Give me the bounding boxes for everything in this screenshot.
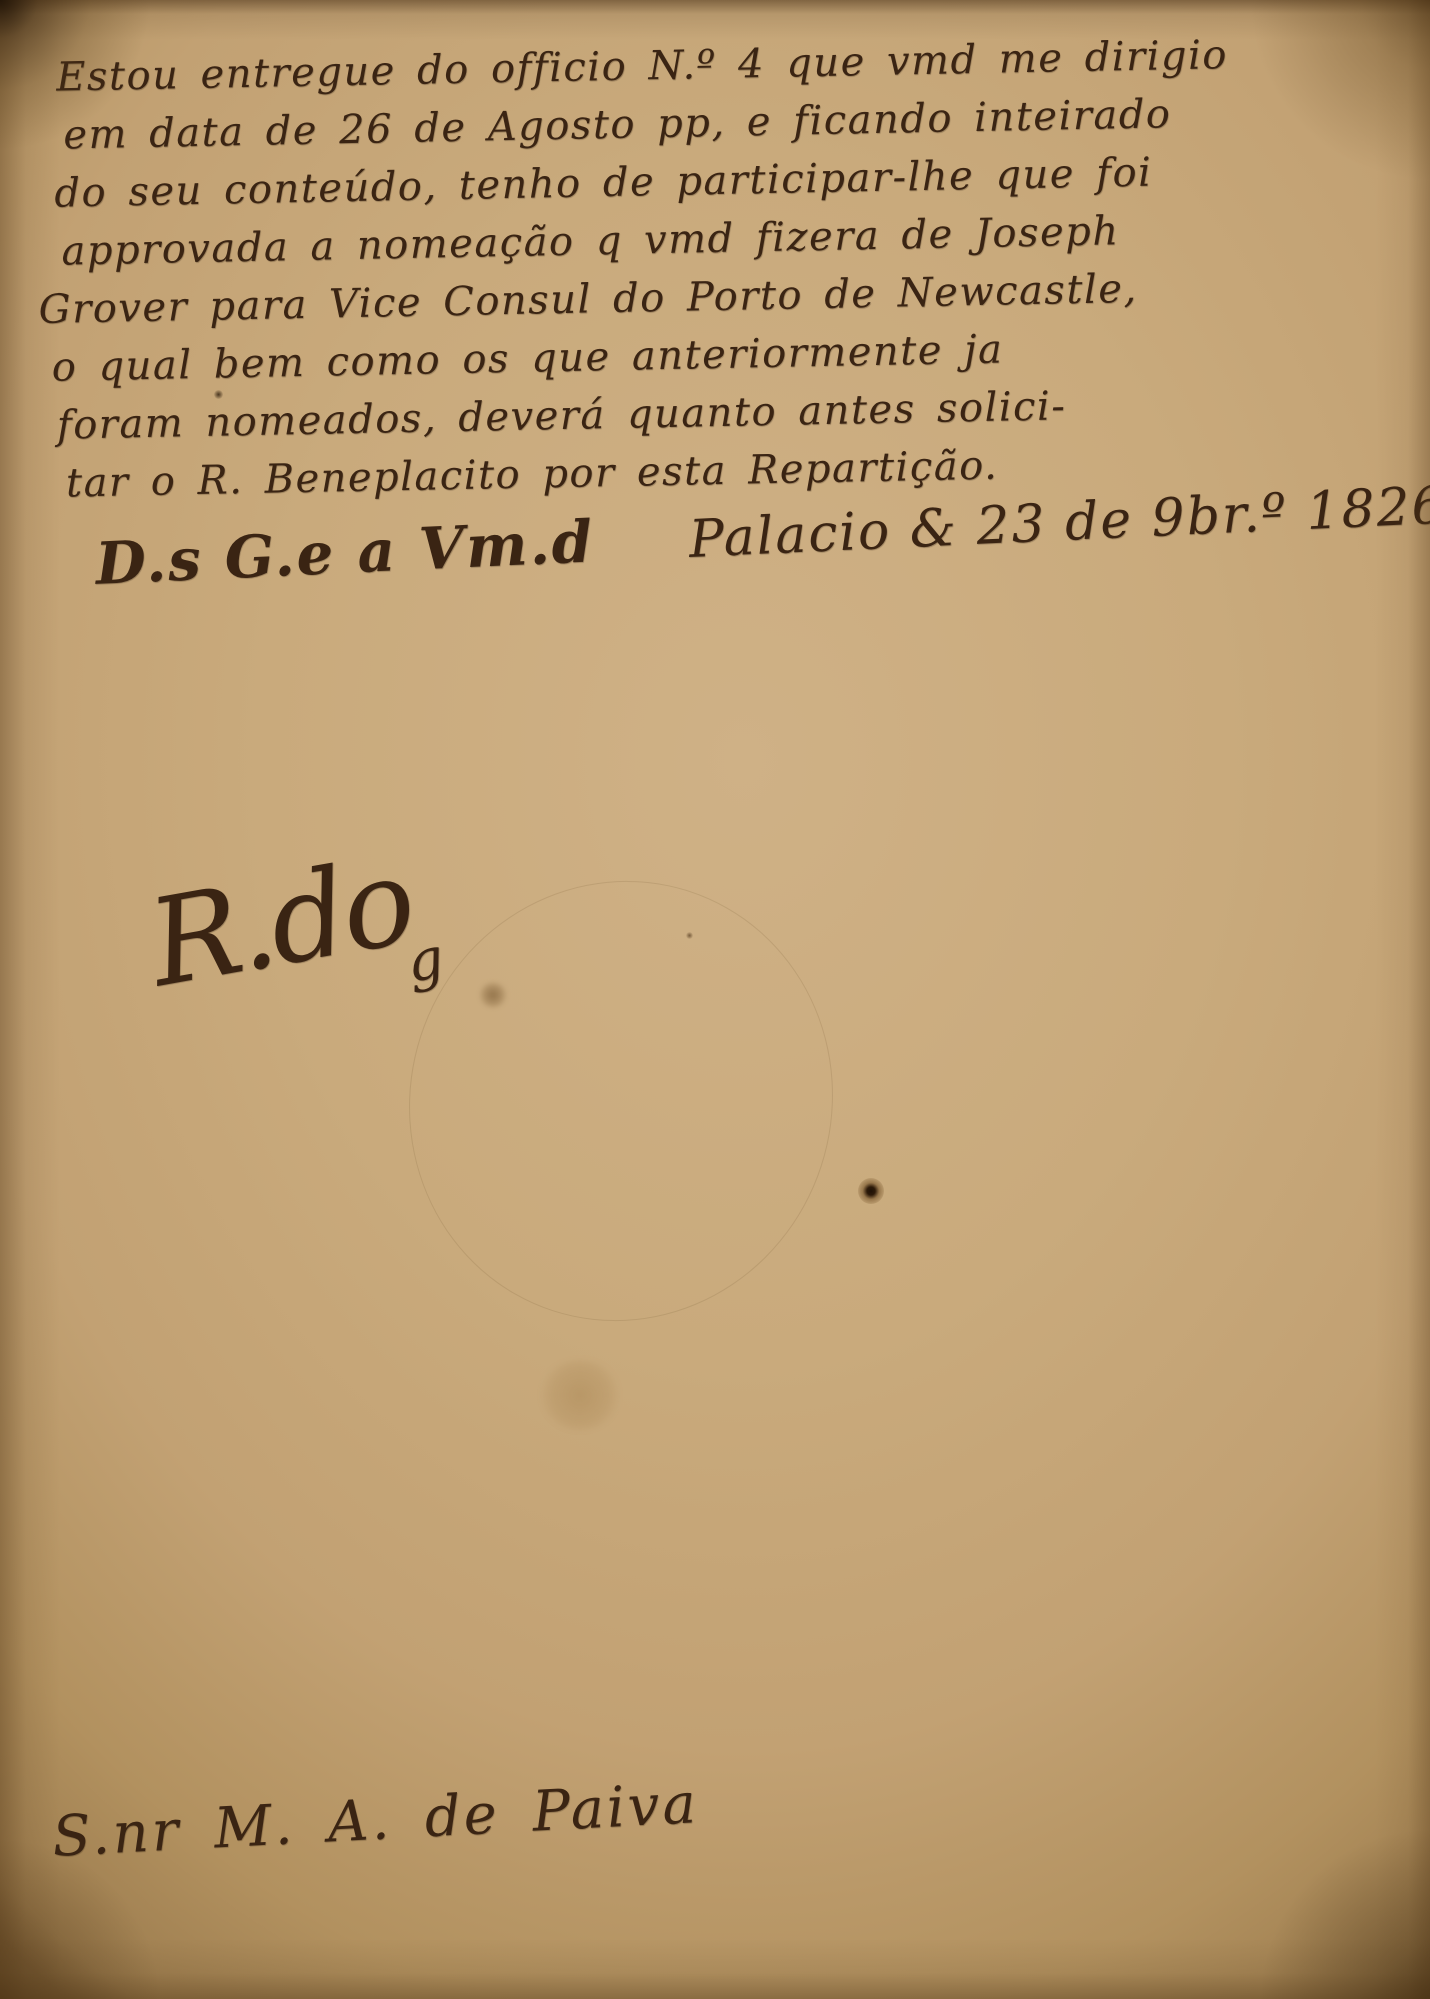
ink-spot	[858, 1178, 884, 1204]
closing-salutation: D.s G.e a Vm.d	[94, 507, 595, 598]
manuscript-page: Estou entregue do officio N.º 4 que vmd …	[0, 0, 1430, 1999]
registration-note: R.do g	[143, 845, 459, 1000]
ink-speck	[686, 932, 693, 939]
registration-note-sub: g	[402, 925, 449, 995]
paper-stain	[540, 1360, 620, 1430]
registration-note-main: R.do	[140, 832, 422, 1014]
addressee-line: S.nr M. A. de Paiva	[51, 1771, 701, 1870]
paper-stain	[478, 982, 508, 1008]
letter-body: Estou entregue do officio N.º 4 que vmd …	[34, 27, 1193, 513]
